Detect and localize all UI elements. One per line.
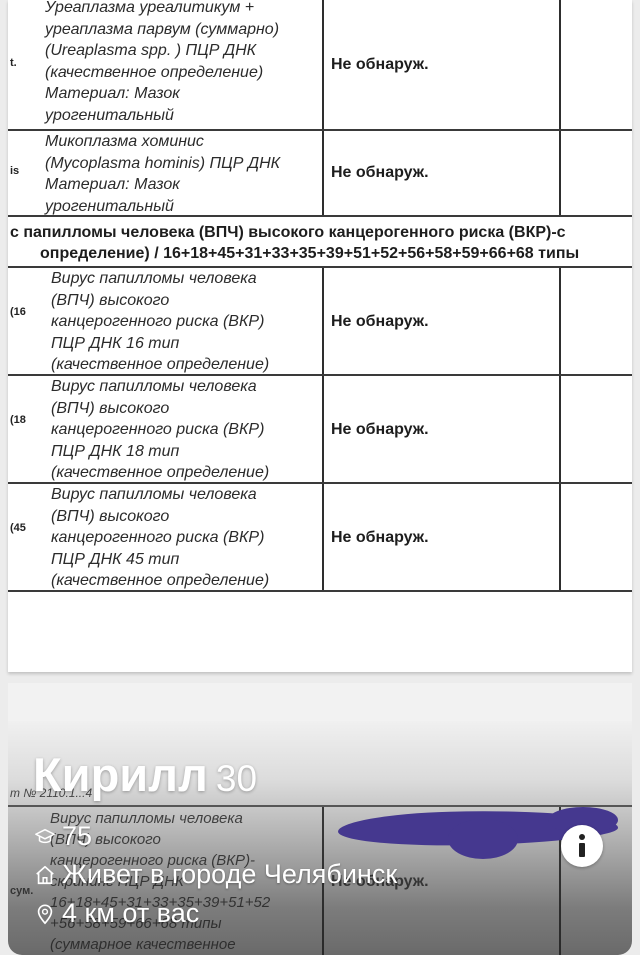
test-result: Не обнаруж. [331,313,429,331]
test-name-line: ПЦР ДНК 18 тип [51,441,326,463]
test-name-line: Вирус папилломы человека [51,268,326,290]
test-name-line: (Ureaplasma spp. ) ПЦР ДНК [45,40,320,62]
info-button[interactable] [561,825,603,867]
test-name-line: канцерогенного риска (ВКР) [51,527,326,549]
column-divider [559,376,561,482]
photo-doc-line [8,805,632,807]
test-name-line: (качественное определение) [51,462,326,484]
table-row: t. Уреаплазма уреалитикум + уреаплазма п… [8,0,632,131]
photo-doc-code: сум. [10,881,33,902]
test-name-line: Микоплазма хоминис [45,131,320,153]
table-row: (16 Вирус папилломы человека (ВПЧ) высок… [8,268,632,376]
test-code: (18 [10,414,26,426]
test-code: is [10,165,19,177]
profile-first-name: Кирилл [33,748,208,801]
test-name-line: (ВПЧ) высокого [51,398,326,420]
test-name-line: (ВПЧ) высокого [51,290,326,312]
column-divider [559,484,561,590]
graduation-cap-icon [34,826,56,848]
test-name: Вирус папилломы человека (ВПЧ) высокого … [51,268,326,376]
profile-education: 75 [34,821,92,852]
column-divider [559,131,561,215]
test-name-line: Материал: Мазок [45,83,320,105]
test-name-line: (качественное определение) [45,62,320,84]
test-name-line: ПЦР ДНК 45 тип [51,549,326,571]
test-name-line: урогенитальный [45,105,320,127]
profile-name: Кирилл30 [33,747,257,802]
test-result: Не обнаруж. [331,56,429,74]
table-row: (18 Вирус папилломы человека (ВПЧ) высок… [8,376,632,484]
test-name: Уреаплазма уреалитикум + уреаплазма парв… [45,0,320,126]
test-name-line: канцерогенного риска (ВКР) [51,311,326,333]
section-header: с папилломы человека (ВПЧ) высокого канц… [8,222,632,268]
test-result: Не обнаруж. [331,421,429,439]
column-divider [322,0,324,129]
test-name: Вирус папилломы человека (ВПЧ) высокого … [51,484,326,592]
test-code: (16 [10,306,26,318]
test-name-line: Уреаплазма уреалитикум + [45,0,320,19]
test-name-line: уреаплазма парвум (суммарно) [45,19,320,41]
table-row: is Микоплазма хоминис (Mycoplasma homini… [8,131,632,217]
section-header-line: с папилломы человека (ВПЧ) высокого канц… [8,222,632,243]
card-top-band [8,683,632,721]
test-name-line: Материал: Мазок [45,174,320,196]
lab-report-photo: t. Уреаплазма уреалитикум + уреаплазма п… [8,0,632,672]
test-name-line: канцерогенного риска (ВКР) [51,419,326,441]
home-icon [34,864,56,886]
profile-age: 30 [216,758,257,799]
test-name-line: Вирус папилломы человека [51,376,326,398]
test-name-line: (ВПЧ) высокого [51,506,326,528]
profile-card[interactable]: т № 2110.1...4 сум. Вирус папилломы чело… [8,683,632,955]
photo-doc-line-text: (суммарное качественное [50,934,270,955]
censor-scribble [448,819,518,859]
profile-city: Живет в городе Челябинск [34,859,397,890]
test-name: Микоплазма хоминис (Mycoplasma hominis) … [45,131,320,217]
test-result: Не обнаруж. [331,164,429,182]
test-name-line: ПЦР ДНК 16 тип [51,333,326,355]
table-row: (45 Вирус папилломы человека (ВПЧ) высок… [8,484,632,592]
location-pin-icon [34,903,56,925]
section-header-line: определение) / 16+18+45+31+33+35+39+51+5… [8,243,632,264]
test-code: (45 [10,522,26,534]
column-divider [559,268,561,374]
city-text: Живет в городе Челябинск [62,859,397,890]
education-text: 75 [62,821,92,852]
test-name-line: урогенитальный [45,196,320,218]
info-icon [575,833,589,859]
test-code: t. [10,57,17,69]
test-name-line: Вирус папилломы человека [51,484,326,506]
column-divider [322,131,324,215]
test-name: Вирус папилломы человека (ВПЧ) высокого … [51,376,326,484]
test-name-line: (качественное определение) [51,570,326,592]
column-divider [559,0,561,129]
test-name-line: (Mycoplasma hominis) ПЦР ДНК [45,153,320,175]
test-result: Не обнаруж. [331,529,429,547]
profile-distance: 4 км от вас [34,898,199,929]
test-name-line: (качественное определение) [51,354,326,376]
distance-text: 4 км от вас [62,898,199,929]
